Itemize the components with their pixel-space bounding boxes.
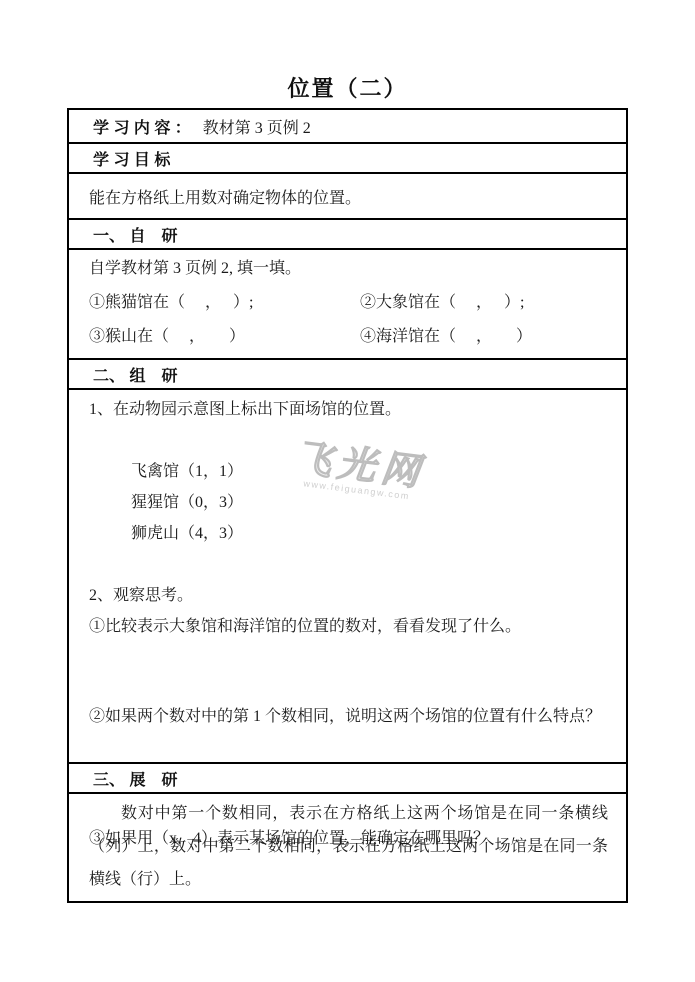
row-section1-body: 自学教材第 3 页例 2, 填一填。 ①熊猫馆在（ ， ）; ②大象馆在（ ， … bbox=[69, 248, 626, 358]
section1-title: 一、 自 研 bbox=[93, 223, 177, 246]
learning-content-value: 教材第 3 页例 2 bbox=[203, 115, 311, 138]
venue-lion-tiger-hill: 狮虎山（4，3） bbox=[131, 518, 243, 549]
section2-question1: ①比较表示大象馆和海洋馆的位置的数对，看看发现了什么。 bbox=[89, 611, 608, 642]
venue-bird-hall: 飞禽馆（1，1） bbox=[131, 456, 243, 487]
blank-monkey-hill: ③猴山在（ ， ） bbox=[89, 320, 360, 354]
learning-goal-label: 学 习 目 标 bbox=[93, 147, 170, 170]
row-section1-header: 一、 自 研 bbox=[69, 218, 626, 248]
row-learning-goal-text: 能在方格纸上用数对确定物体的位置。 bbox=[69, 172, 626, 218]
section3-title: 三、 展 研 bbox=[93, 767, 177, 790]
blank-row-1: ①熊猫馆在（ ， ）; ②大象馆在（ ， ）; bbox=[89, 286, 626, 320]
row-section2-body: 1、在动物园示意图上标出下面场馆的位置。 飞禽馆（1，1） 猩猩馆（0，3） 狮… bbox=[69, 388, 626, 762]
blank-ocean-hall: ④海洋馆在（ ， ） bbox=[360, 320, 532, 354]
section2-question2: ②如果两个数对中的第 1 个数相同，说明这两个场馆的位置有什么特点？ bbox=[89, 701, 608, 732]
blank-panda: ①熊猫馆在（ ， ）; bbox=[89, 286, 360, 320]
worksheet-table: 学 习 内 容 ： 教材第 3 页例 2 学 习 目 标 能在方格纸上用数对确定… bbox=[67, 108, 628, 903]
section2-task2: 2、观察思考。 bbox=[89, 580, 608, 611]
section3-summary: 数对中第一个数相同，表示在方格纸上这两个场馆是在同一条横线（列）上，数对中第二个… bbox=[89, 797, 608, 896]
row-section3-header: 三、 展 研 bbox=[69, 762, 626, 792]
venue-gorilla-hall: 猩猩馆（0，3） bbox=[131, 487, 243, 518]
page-title: 位置（二） bbox=[0, 72, 695, 103]
blank-elephant: ②大象馆在（ ， ）; bbox=[360, 286, 524, 320]
row-section2-header: 二、 组 研 bbox=[69, 358, 626, 388]
learning-goal-text: 能在方格纸上用数对确定物体的位置。 bbox=[89, 185, 361, 208]
venue-list: 飞禽馆（1，1） 猩猩馆（0，3） 狮虎山（4，3） bbox=[89, 425, 608, 580]
worksheet-page: 位置（二） 飞光网 www.feiguangw.com 学 习 内 容 ： 教材… bbox=[0, 0, 695, 982]
learning-content-label: 学 习 内 容 ： bbox=[93, 115, 191, 138]
row-section3-body: 数对中第一个数相同，表示在方格纸上这两个场馆是在同一条横线（列）上，数对中第二个… bbox=[69, 792, 626, 901]
row-learning-content: 学 习 内 容 ： 教材第 3 页例 2 bbox=[69, 110, 626, 142]
row-learning-goal-header: 学 习 目 标 bbox=[69, 142, 626, 172]
section2-task1: 1、在动物园示意图上标出下面场馆的位置。 bbox=[89, 394, 608, 425]
blank-row-2: ③猴山在（ ， ） ④海洋馆在（ ， ） bbox=[89, 320, 626, 354]
section1-intro: 自学教材第 3 页例 2, 填一填。 bbox=[89, 252, 626, 286]
section2-title: 二、 组 研 bbox=[93, 363, 177, 386]
